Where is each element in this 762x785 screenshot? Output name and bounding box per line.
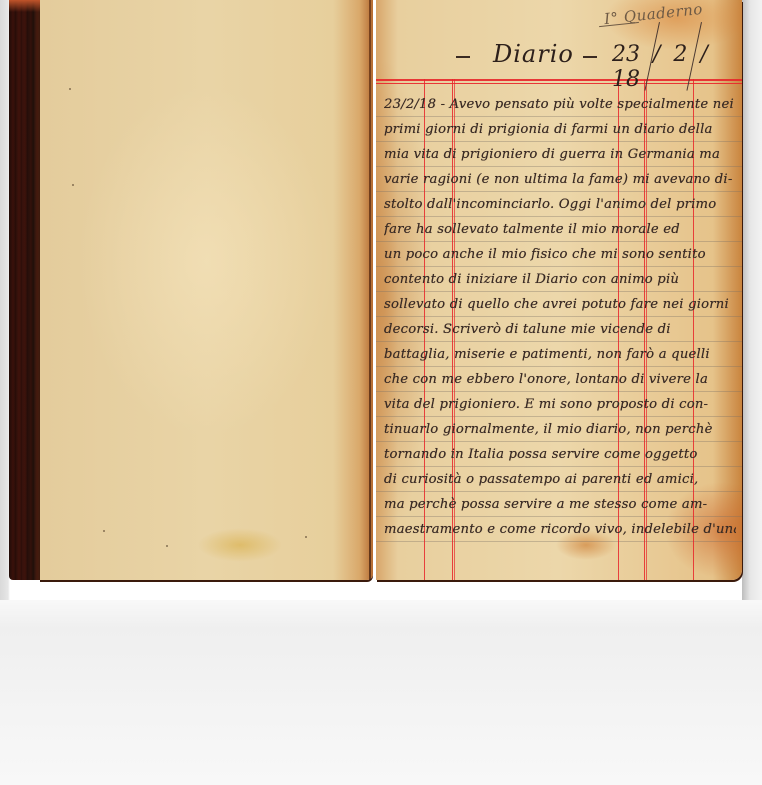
left-page-blank <box>40 0 373 580</box>
heading-dash <box>456 56 470 58</box>
text-line: contento di iniziare il Diario con animo… <box>384 267 736 292</box>
text-line: sollevato di quello che avrei potuto far… <box>384 292 736 317</box>
text-line: maestramento e come ricordo vivo, indele… <box>384 517 736 542</box>
text-line: decorsi. Scriverò di talune mie vicende … <box>384 317 736 342</box>
book-spine <box>9 0 42 580</box>
right-page-diary: I° Quaderno Diario 23 / 2 / 18 23/2/18 -… <box>376 0 742 580</box>
text-line: fare ha sollevato talmente il mio morale… <box>384 217 736 242</box>
heading-separator <box>583 56 597 58</box>
text-line: tinuarlo giornalmente, il mio diario, no… <box>384 417 736 442</box>
text-line: mia vita di prigioniero di guerra in Ger… <box>384 142 736 167</box>
text-line: un poco anche il mio fisico che mi sono … <box>384 242 736 267</box>
text-line: di curiosità o passatempo ai parenti ed … <box>384 467 736 492</box>
paper-speck <box>166 545 168 547</box>
text-line: vita del prigioniero. E mi sono proposto… <box>384 392 736 417</box>
text-line: 23/2/18 - Avevo pensato più volte specia… <box>384 92 736 117</box>
diary-date: 23 / 2 / 18 <box>612 42 742 92</box>
text-line: ma perchè possa servire a me stesso come… <box>384 492 736 517</box>
open-notebook: I° Quaderno Diario 23 / 2 / 18 23/2/18 -… <box>0 0 762 600</box>
paper-speck <box>69 88 71 90</box>
text-line: battaglia, miserie e patimenti, non farò… <box>384 342 736 367</box>
text-line: varie ragioni (e non ultima la fame) mi … <box>384 167 736 192</box>
paper-speck <box>305 536 307 538</box>
text-line: tornando in Italia possa servire come og… <box>384 442 736 467</box>
gutter-line <box>369 0 371 580</box>
text-line: stolto dall'incominciarlo. Oggi l'animo … <box>384 192 736 217</box>
paper-speck <box>72 184 74 186</box>
diary-title: Diario <box>493 40 574 68</box>
text-line: che con me ebbero l'onore, lontano di vi… <box>384 367 736 392</box>
text-line: primi giorni di prigionia di farmi un di… <box>384 117 736 142</box>
diary-entry-text: 23/2/18 - Avevo pensato più volte specia… <box>384 92 736 542</box>
paper-speck <box>103 530 105 532</box>
spine-worn-top <box>9 0 42 12</box>
